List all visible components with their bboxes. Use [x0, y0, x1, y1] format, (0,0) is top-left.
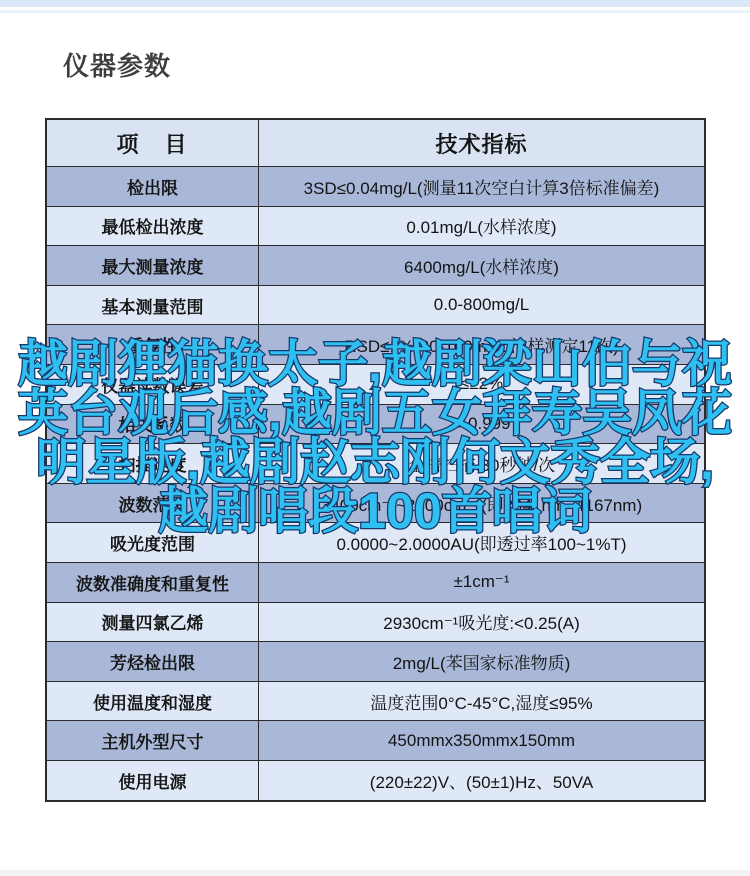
row-value: 6400mg/L(水样浓度) — [259, 246, 704, 285]
row-value: 2mg/L(苯国家标准物质) — [259, 642, 704, 681]
row-value: 3400cm⁻¹~2400cm⁻¹(即2941nm~4167nm) — [259, 484, 704, 523]
row-label: 吸光度范围 — [47, 523, 259, 562]
table-header-item: 项 目 — [47, 120, 259, 166]
row-label: 仪器读数误差 — [47, 365, 259, 404]
row-label: 主机外型尺寸 — [47, 721, 259, 760]
table-row: 吸光度范围 0.0000~2.0000AU(即透过率100~1%T) — [47, 522, 704, 562]
table-row: 检出限 3SD≤0.04mg/L(测量11次空白计算3倍标准偏差) — [47, 166, 704, 206]
row-value: 温度范围0°C-45°C,湿度≤95% — [259, 682, 704, 721]
row-label: 相关系数 — [47, 405, 259, 444]
row-value: RSD≤1%(30-100mg/L油样测定11次) — [259, 325, 704, 364]
table-row: 使用电源 (220±22)V、(50±1)Hz、50VA — [47, 760, 704, 800]
row-label: 检出限 — [47, 167, 259, 206]
row-label: 最低检出浓度 — [47, 207, 259, 246]
table-row: 波数准确度和重复性 ±1cm⁻¹ — [47, 562, 704, 602]
row-label: 测量四氯乙烯 — [47, 603, 259, 642]
row-value: 2930cm⁻¹吸光度:<0.25(A) — [259, 603, 704, 642]
row-label: 波数范围 — [47, 484, 259, 523]
row-label: 使用电源 — [47, 761, 259, 800]
row-value: ±1cm⁻¹ — [259, 563, 704, 602]
table-row: 最大测量浓度 6400mg/L(水样浓度) — [47, 245, 704, 285]
top-accent-strip-thin — [0, 10, 750, 13]
row-label: 芳烃检出限 — [47, 642, 259, 681]
row-label: 使用温度和湿度 — [47, 682, 259, 721]
row-label: 扫描速度 — [47, 444, 259, 483]
table-row: 芳烃检出限 2mg/L(苯国家标准物质) — [47, 641, 704, 681]
table-row: 扫描速度 全谱扫描,30秒钟/次 — [47, 443, 704, 483]
table-row: 测量四氯乙烯 2930cm⁻¹吸光度:<0.25(A) — [47, 602, 704, 642]
table-row: 仪器读数误差 ≤±2% — [47, 364, 704, 404]
table-row: 基本测量范围 0.0-800mg/L — [47, 285, 704, 325]
row-value: 3SD≤0.04mg/L(测量11次空白计算3倍标准偏差) — [259, 167, 704, 206]
top-accent-strip — [0, 0, 750, 7]
row-value: (220±22)V、(50±1)Hz、50VA — [259, 761, 704, 800]
row-value: ≤±2% — [259, 365, 704, 404]
table-row: 主机外型尺寸 450mmx350mmx150mm — [47, 720, 704, 760]
table-header-row: 项 目 技术指标 — [47, 120, 704, 166]
row-value: 0.0000~2.0000AU(即透过率100~1%T) — [259, 523, 704, 562]
row-value: 0.0-800mg/L — [259, 286, 704, 325]
row-label: 基本测量范围 — [47, 286, 259, 325]
row-label: 重复性 — [47, 325, 259, 364]
table-row: 重复性 RSD≤1%(30-100mg/L油样测定11次) — [47, 324, 704, 364]
table-header-spec: 技术指标 — [259, 120, 704, 166]
spec-table: 项 目 技术指标 检出限 3SD≤0.04mg/L(测量11次空白计算3倍标准偏… — [45, 118, 706, 802]
page-title: 仪器参数 — [63, 46, 171, 83]
row-label: 最大测量浓度 — [47, 246, 259, 285]
table-row: 使用温度和湿度 温度范围0°C-45°C,湿度≤95% — [47, 681, 704, 721]
row-label: 波数准确度和重复性 — [47, 563, 259, 602]
row-value: r>0.999 — [259, 405, 704, 444]
table-row: 波数范围 3400cm⁻¹~2400cm⁻¹(即2941nm~4167nm) — [47, 483, 704, 523]
bottom-strip — [0, 870, 750, 876]
row-value: 0.01mg/L(水样浓度) — [259, 207, 704, 246]
row-value: 全谱扫描,30秒钟/次 — [259, 444, 704, 483]
table-row: 相关系数 r>0.999 — [47, 404, 704, 444]
table-row: 最低检出浓度 0.01mg/L(水样浓度) — [47, 206, 704, 246]
row-value: 450mmx350mmx150mm — [259, 721, 704, 760]
